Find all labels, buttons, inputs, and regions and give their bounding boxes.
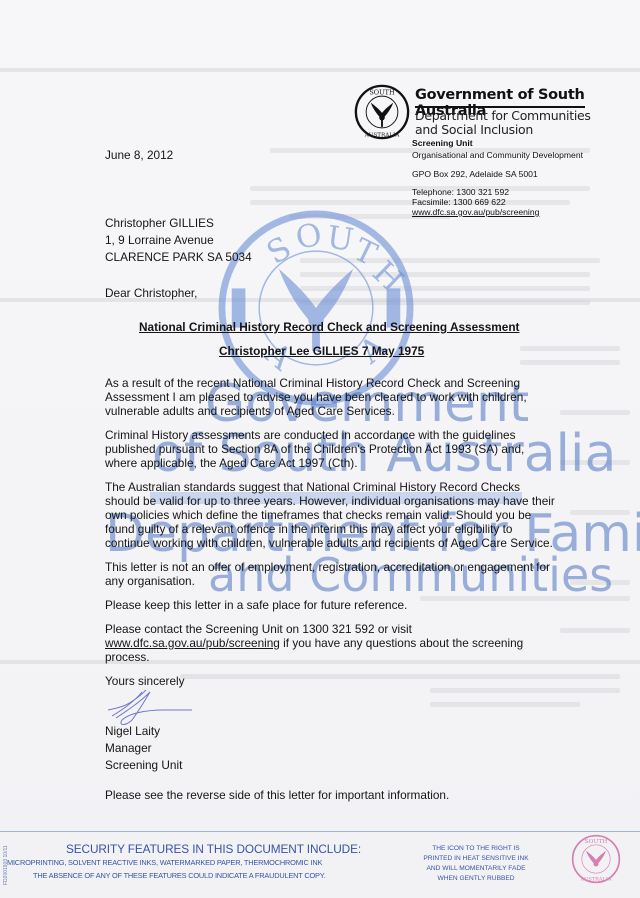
- svg-text:AUSTRALIA: AUSTRALIA: [364, 132, 400, 138]
- signatory-unit: Screening Unit: [105, 758, 182, 772]
- footer-rule: [0, 831, 640, 832]
- thermochromic-seal-icon: SOUTH AUSTRALIA: [571, 834, 621, 884]
- letter-date: June 8, 2012: [105, 148, 173, 162]
- telephone: Telephone: 1300 321 592: [412, 187, 509, 197]
- closing: Yours sincerely: [105, 674, 185, 688]
- signatory-name: Nigel Laity: [105, 724, 160, 738]
- svg-text:S: S: [261, 230, 298, 272]
- letter-title: National Criminal History Record Check a…: [139, 320, 519, 334]
- signature-icon: [104, 688, 194, 728]
- south-australia-seal-icon: SOUTH AUSTRALIA: [354, 84, 410, 140]
- postal-address: GPO Box 292, Adelaide SA 5001: [412, 169, 538, 179]
- paragraph-keep: Please keep this letter in a safe place …: [105, 598, 407, 612]
- letter-page: S O U T H A A Government of South Austra…: [0, 0, 640, 898]
- website-link[interactable]: www.dfc.sa.gov.au/pub/screening: [412, 207, 539, 217]
- svg-text:O: O: [293, 216, 326, 257]
- security-features: MICROPRINTING, SOLVENT REACTIVE INKS, WA…: [7, 858, 322, 867]
- letter-subject: Christopher Lee GILLIES 7 May 1975: [219, 344, 424, 358]
- department-name: Department for Communities and Social In…: [415, 109, 591, 137]
- svg-text:SOUTH: SOUTH: [369, 88, 395, 96]
- unit-name: Screening Unit: [412, 138, 473, 148]
- svg-text:AUSTRALIA: AUSTRALIA: [580, 877, 612, 883]
- salutation: Dear Christopher,: [105, 286, 197, 300]
- screening-website-link[interactable]: www.dfc.sa.gov.au/pub/screening: [105, 636, 280, 650]
- facsimile: Facsimile: 1300 669 622: [412, 197, 506, 207]
- security-warning: THE ABSENCE OF ANY OF THESE FEATURES COU…: [33, 871, 325, 880]
- recipient-name: Christopher GILLIES: [105, 216, 214, 230]
- svg-text:SOUTH: SOUTH: [585, 839, 608, 845]
- division-name: Organisational and Community Development: [412, 150, 583, 160]
- recipient-street: 1, 9 Lorraine Avenue: [105, 233, 214, 247]
- security-heading: SECURITY FEATURES IN THIS DOCUMENT INCLU…: [66, 842, 361, 856]
- signatory-title: Manager: [105, 741, 152, 755]
- reverse-note: Please see the reverse side of this lett…: [105, 788, 449, 802]
- recipient-suburb: CLARENCE PARK SA 5034: [105, 250, 252, 264]
- svg-text:U: U: [325, 220, 356, 259]
- watermark-line: and Communities: [208, 552, 613, 598]
